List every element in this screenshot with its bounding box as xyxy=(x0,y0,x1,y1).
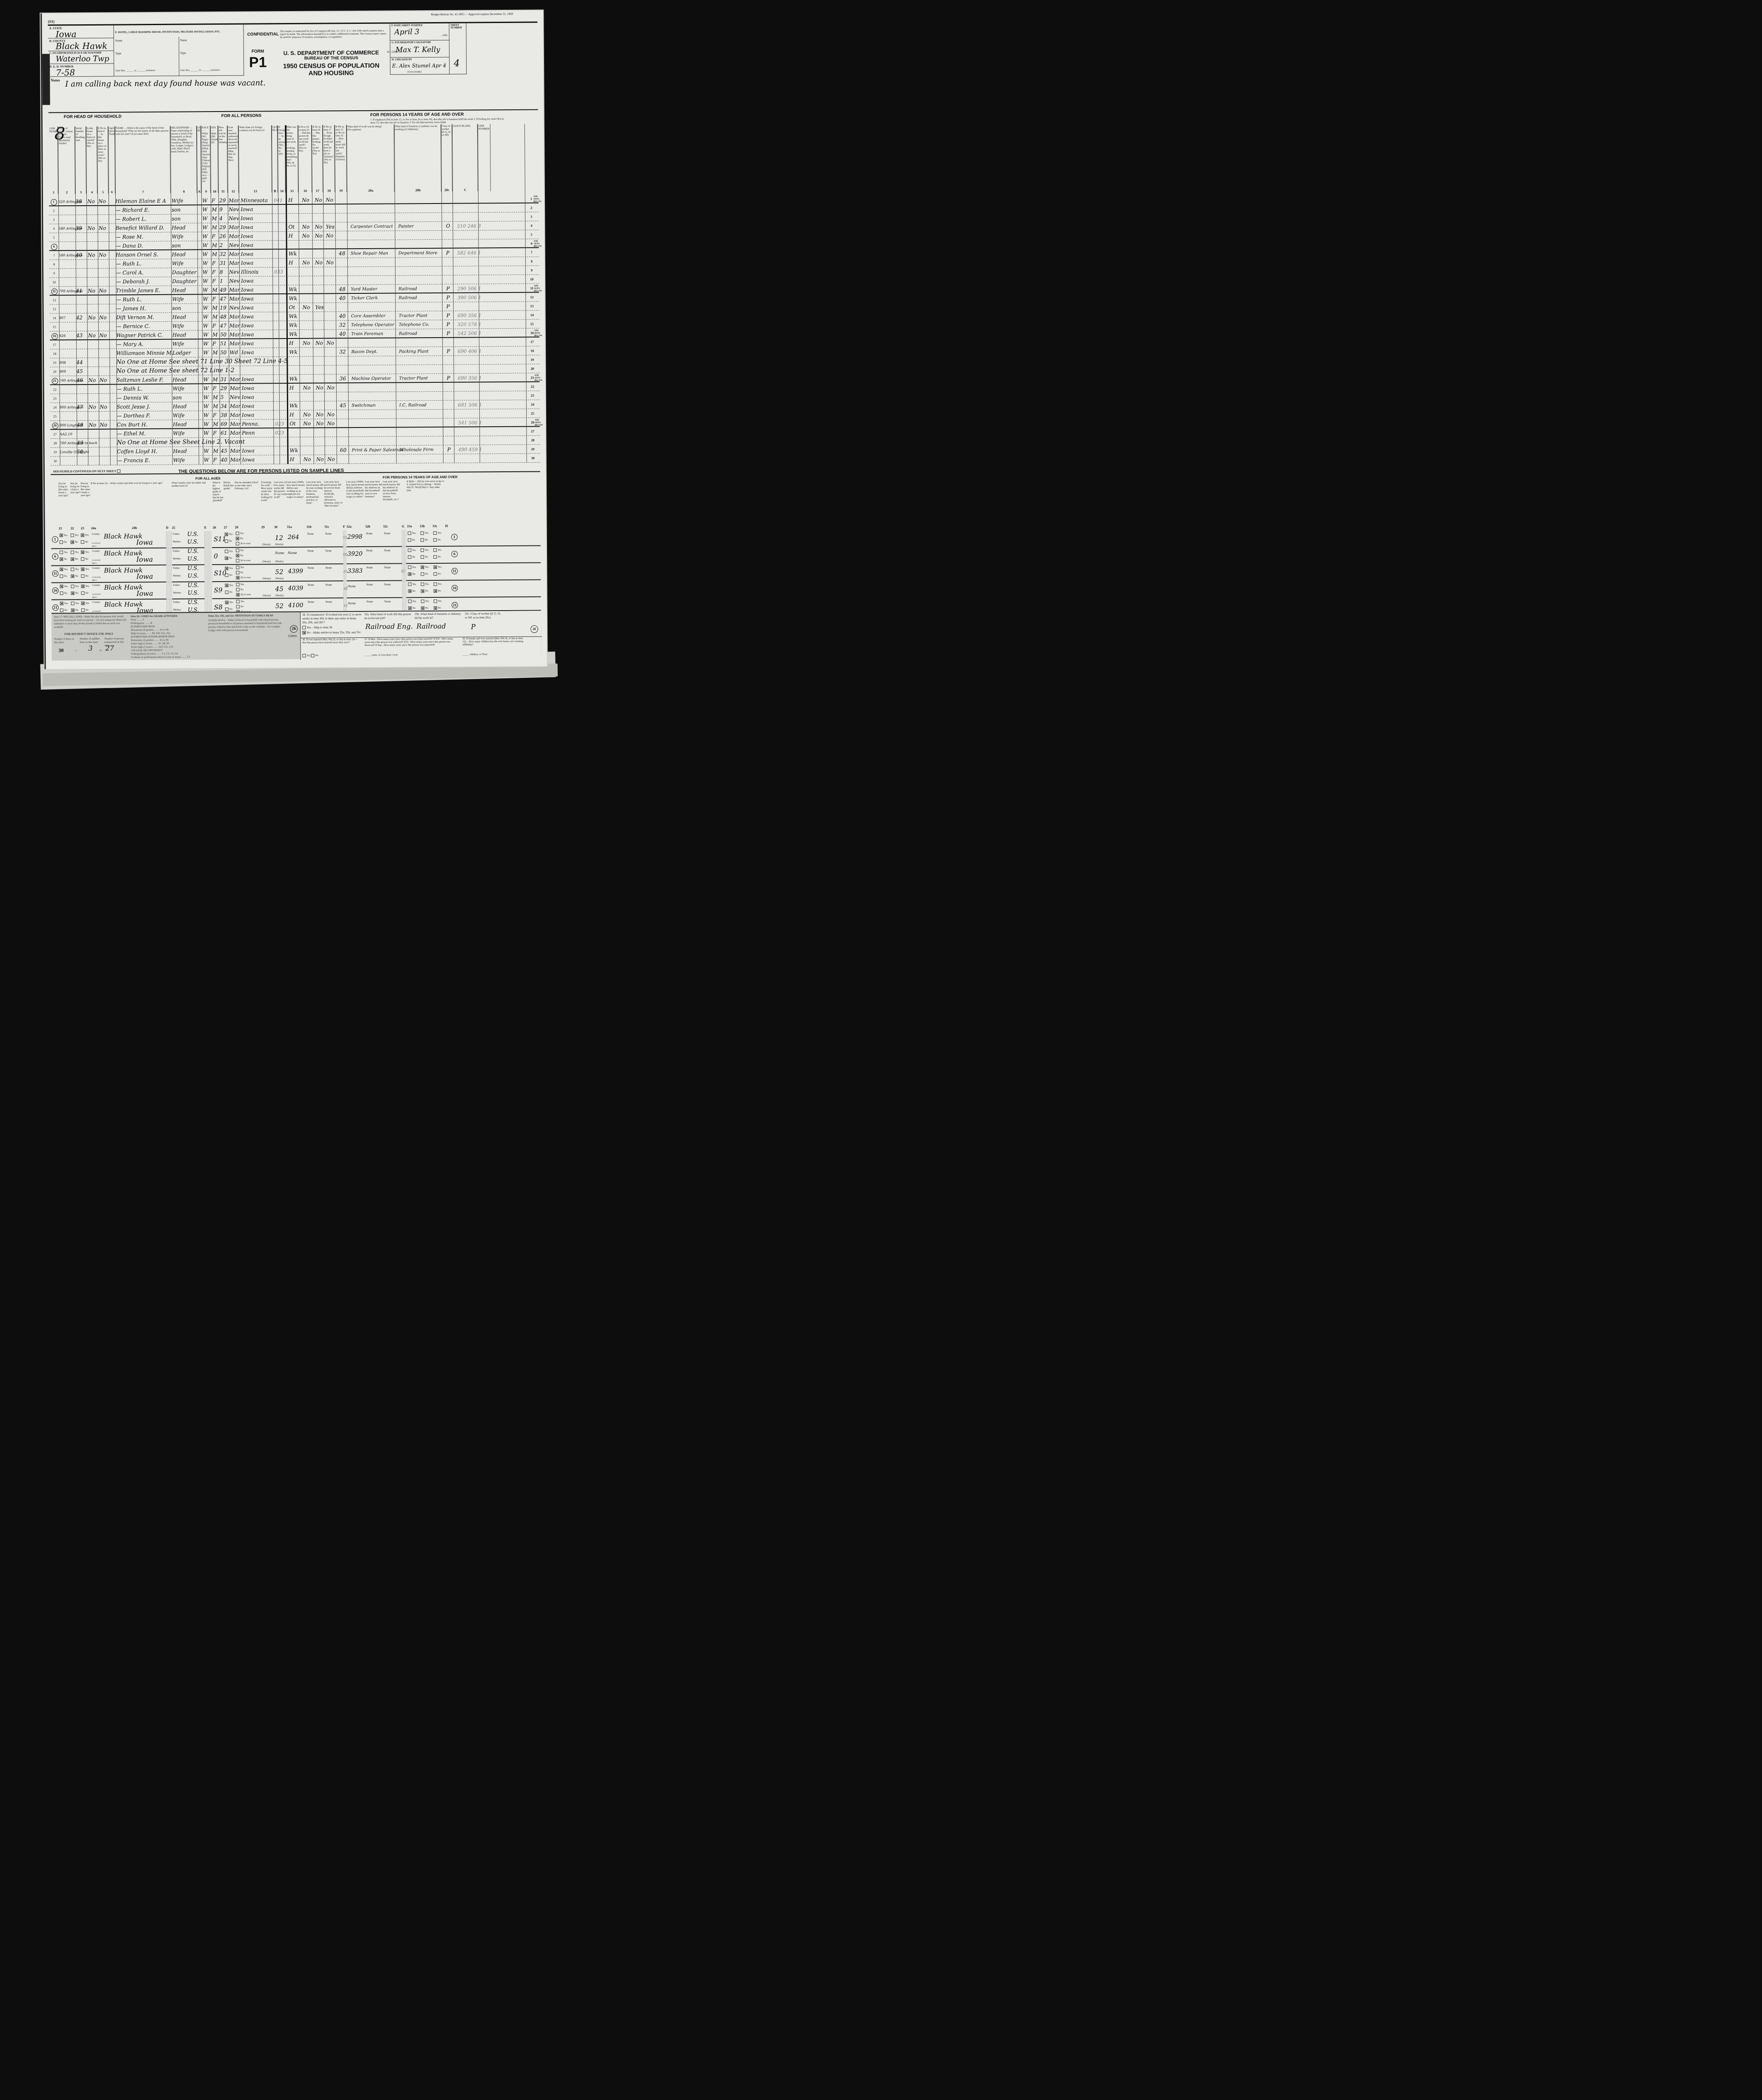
county-label: County: xyxy=(92,533,100,536)
finish-grade-no-checkbox[interactable]: No xyxy=(225,539,232,543)
father-birthplace: U.S. xyxy=(187,582,199,588)
cell-name: — Robert L. xyxy=(115,215,146,224)
school-attendance-checkbox[interactable]: 30 or over xyxy=(236,559,251,562)
column-number: 20a xyxy=(347,189,395,193)
ww1-yes-checkbox[interactable]: Yes xyxy=(421,582,429,586)
finish-grade-no-checkbox[interactable]: No xyxy=(225,574,232,577)
sample-header-c24: If No in item 23— What county and State … xyxy=(91,482,168,525)
relatives-other: None xyxy=(384,600,391,603)
ww2-no-checkbox[interactable]: ✕No xyxy=(408,606,415,610)
sample-header-c32b: Last year, how much money did his relati… xyxy=(365,481,383,523)
cell-serial: 45 xyxy=(76,367,83,376)
q36-no-checkbox[interactable] xyxy=(311,654,315,657)
relatives-business: None xyxy=(366,583,372,586)
cell-name: — Dana D. xyxy=(116,241,143,250)
ww1-yes-checkbox[interactable]: Yes xyxy=(421,600,429,603)
cell-rel: Lodger xyxy=(172,348,191,357)
sample-column-number: 26 xyxy=(213,526,216,529)
cell-race: W xyxy=(202,205,207,214)
county-label: County: xyxy=(92,567,100,570)
line-number: 28 xyxy=(50,439,60,448)
c22-no-checkbox[interactable]: ✕No xyxy=(71,557,78,561)
school-attendance-checkbox[interactable]: 30 or over xyxy=(236,542,251,545)
column-number: 9 xyxy=(201,189,211,193)
leave-blank-D xyxy=(166,548,172,565)
finish-grade-no-checkbox[interactable]: ✕No xyxy=(225,557,232,560)
c22-yes-checkbox[interactable]: Yes xyxy=(71,602,79,605)
c22-yes-checkbox[interactable]: Yes xyxy=(71,585,79,588)
cell-age: 26 xyxy=(219,232,226,241)
c23-yes-checkbox[interactable]: ✕Yes xyxy=(81,551,89,554)
section-all-persons: FOR ALL PERSONS xyxy=(221,113,262,118)
ww2-no-checkbox[interactable]: ✕No xyxy=(408,589,415,593)
cell-born: Iowa xyxy=(241,241,254,250)
finish-grade-no-checkbox[interactable]: No xyxy=(225,591,232,594)
cell-serial: 42 xyxy=(76,313,83,322)
cell-sex: M xyxy=(212,348,218,357)
leave-blank-D xyxy=(166,582,172,600)
cell-cls: P xyxy=(447,445,451,454)
q34-no-checkbox[interactable]: ✕ xyxy=(302,631,306,634)
mother-birthplace: U.S. xyxy=(188,590,199,596)
line-number: 22 xyxy=(50,385,60,394)
c23-no-checkbox[interactable]: No xyxy=(81,557,88,561)
other_svc-no-checkbox[interactable]: ✕No xyxy=(434,606,441,610)
c21-no-checkbox[interactable]: No xyxy=(60,540,67,544)
column-header-18: If No in item 17— Even though he didn't … xyxy=(323,125,335,192)
cell-sex: F xyxy=(213,456,217,465)
c23-no-checkbox[interactable]: No xyxy=(81,608,89,612)
line-number: 21 xyxy=(50,376,60,385)
state-field[interactable]: a. STATE Iowa xyxy=(48,26,114,39)
cell-race: W xyxy=(202,196,207,205)
cell-c15: Wk xyxy=(289,375,298,384)
c22-no-checkbox[interactable]: ✕No xyxy=(71,608,78,612)
cell-code: 690 356 1 xyxy=(458,373,481,382)
c23-no-checkbox[interactable]: No xyxy=(81,591,89,595)
sample-row[interactable]: 6Yes✕NoYes✕No✕YesNoCounty:or nearest pla… xyxy=(51,546,541,566)
c23-yes-checkbox[interactable]: ✕Yes xyxy=(81,568,89,571)
cell-c19: 48 xyxy=(339,285,345,294)
line-number-right: 30 xyxy=(527,453,539,462)
ww1-no-checkbox[interactable]: No xyxy=(421,572,428,576)
c22-no-checkbox[interactable]: ✕No xyxy=(71,574,78,578)
cell-sex: M xyxy=(212,286,217,295)
cell-occ: Telephone Operator xyxy=(351,321,395,330)
leave-blank-E xyxy=(204,582,212,599)
line-number-right: 12 xyxy=(525,293,538,301)
other_svc-yes-checkbox[interactable]: Yes xyxy=(433,548,441,552)
cell-c15: Ot xyxy=(289,303,295,312)
c23-yes-checkbox[interactable]: ✕Yes xyxy=(81,585,89,588)
ed-number-field[interactable]: d. E. D. NUMBER 7-58 xyxy=(48,64,114,77)
cell-sex: F xyxy=(212,295,215,304)
other_svc-no-checkbox[interactable]: No xyxy=(433,572,441,576)
checked-by-field[interactable]: h. CHECKED BY E. Alex Stumel Apr 4 (Crew… xyxy=(390,57,450,75)
c23-yes-checkbox[interactable]: ✕Yes xyxy=(81,534,89,537)
column-header-4: Is this house on a farm (or ranch)? (Yes… xyxy=(86,126,97,194)
cell-race: W xyxy=(203,259,208,268)
school-attendance-checkbox[interactable]: ✕30 or over xyxy=(236,593,251,597)
other_svc-yes-checkbox[interactable]: Yes xyxy=(433,582,441,586)
school-attendance-checkbox[interactable]: ✕No xyxy=(236,537,243,540)
cell-race: W xyxy=(203,268,208,277)
cell-addr: Linville On Right xyxy=(60,448,89,456)
other-income: None xyxy=(325,549,332,552)
ww1-no-checkbox[interactable]: No xyxy=(421,555,428,559)
father-birthplace: U.S. xyxy=(188,599,199,605)
grade-codes-list: None ........ 0Kindergarten ........ KEL… xyxy=(131,618,203,659)
cell-rel: Daughter xyxy=(172,268,197,277)
column-number: 11 xyxy=(218,189,228,193)
sample-row[interactable]: 16✕YesNoYes✕No✕YesNoCounty:or nearest pl… xyxy=(51,580,541,600)
line-number: 7 xyxy=(49,251,59,260)
nearest-place-label: or nearest place: xyxy=(92,542,104,548)
finish-grade-yes-checkbox[interactable]: ✕Yes xyxy=(225,567,233,570)
cell-c15: Wk xyxy=(289,402,298,410)
school-attendance-checkbox[interactable]: Yes xyxy=(236,532,244,535)
sample-line-number-right: 1 xyxy=(451,534,458,540)
sample-header-c29: If looking for work — How many weeks has… xyxy=(261,481,274,524)
sample-header-c28: Has he attended school at any time since… xyxy=(235,482,259,524)
sheet-footer: Item 17: SPECIAL CASES—Enter Yes also fo… xyxy=(52,610,541,660)
cell-rel: Wife xyxy=(173,411,185,420)
cell-name: Dift Vernon M. xyxy=(116,313,155,322)
line-number-right: 27 xyxy=(526,427,539,436)
leave-blank-E xyxy=(204,548,212,565)
cell-c19: 48 xyxy=(339,249,345,258)
place-field[interactable]: c. INCORPORATED PLACE OR TOWNSHIP Waterl… xyxy=(48,51,114,64)
sample-line-number: 16 xyxy=(52,587,59,594)
c21-yes-checkbox[interactable]: Yes xyxy=(60,551,68,554)
weeks-label: (Weeks) xyxy=(262,543,271,546)
ww1-no-checkbox[interactable]: ✕No xyxy=(421,589,428,593)
nearest-place-label: or nearest place: xyxy=(92,593,104,599)
c23-yes-checkbox[interactable]: ✕Yes xyxy=(81,602,89,605)
cell-acres: No xyxy=(100,421,107,430)
q34-yes-checkbox[interactable] xyxy=(302,626,306,629)
cell-born: Penn xyxy=(242,429,255,438)
sample-header-c25: What country were his father and mother … xyxy=(172,482,209,525)
cell-rel: Wife xyxy=(173,456,185,465)
cell-race: W xyxy=(204,447,209,456)
serial-code: (S1) xyxy=(48,19,54,23)
cell-c18: Yes xyxy=(326,222,334,231)
cell-race: W xyxy=(203,384,209,393)
form-title-block: U. S. DEPARTMENT OF COMMERCE BUREAU OF T… xyxy=(276,49,387,77)
c21-no-checkbox[interactable]: ✕No xyxy=(60,557,67,561)
cell-occ: Yard Master xyxy=(351,285,377,294)
cell-mar: Mar xyxy=(229,330,240,339)
ww2-yes-checkbox[interactable]: Yes xyxy=(408,600,416,603)
cell-c15: H xyxy=(288,232,293,241)
line-number: 15 xyxy=(50,322,59,331)
sheet-number-field[interactable]: SHEET NUMBER 4 xyxy=(449,23,467,75)
cell-race: W xyxy=(203,402,209,411)
cell-age: 40 xyxy=(221,456,227,465)
sample-line-number-right: 6 xyxy=(451,551,458,557)
school-attendance-checkbox[interactable]: Yes xyxy=(236,583,244,586)
finish-grade-yes-checkbox[interactable]: ✕Yes xyxy=(225,584,233,587)
c22-yes-checkbox[interactable]: Yes xyxy=(71,568,79,571)
cell-mar: Mar xyxy=(229,321,240,330)
sample-column-number: 27 xyxy=(224,526,227,529)
column-number: 20b xyxy=(395,188,441,192)
cell-c17: No xyxy=(315,339,323,348)
cell-c16: No xyxy=(303,339,310,348)
c21-yes-checkbox[interactable]: ✕Yes xyxy=(60,568,68,571)
cell-rel: Wife xyxy=(172,322,184,331)
cell-sex: M xyxy=(213,375,218,384)
cell-code: 681 506 1 xyxy=(458,400,482,409)
column-header-14: If foreign born— Is he naturalized? (Yes… xyxy=(278,125,286,192)
cell-sex: F xyxy=(212,232,215,241)
cell-mar: Nev xyxy=(229,277,240,286)
code-F: 43 xyxy=(343,569,347,574)
column-header-15: What was this person doing most of last … xyxy=(285,125,298,192)
cell-code: 390 506 1 xyxy=(457,293,481,302)
c23-no-checkbox[interactable]: No xyxy=(81,540,88,544)
date-started-field[interactable]: f. DATE SHEET STARTED April 3 , 1950 xyxy=(390,23,449,41)
cell-age: 51 xyxy=(220,339,226,348)
cell-age: 49 xyxy=(220,286,226,295)
cell-age: 34 xyxy=(221,402,227,411)
finish-grade-yes-checkbox[interactable]: ✕Yes xyxy=(225,533,233,536)
cell-name: — Mary A. xyxy=(116,340,143,349)
school-attendance-checkbox[interactable]: Yes xyxy=(236,566,244,569)
c21-no-checkbox[interactable]: No xyxy=(60,591,67,595)
cell-name: — Ruth L. xyxy=(116,259,142,268)
finish-grade-yes-checkbox[interactable]: ✕Yes xyxy=(225,601,233,604)
weeks-worked: None xyxy=(275,551,284,555)
county-field[interactable]: b. COUNTY Black Hawk xyxy=(48,38,114,52)
cell-code: 290 506 1 xyxy=(457,284,481,293)
leave-blank-E xyxy=(204,531,212,548)
ww2-no-checkbox[interactable]: No xyxy=(408,538,415,542)
cell-code: 690 356 1 xyxy=(458,311,481,320)
c21-yes-checkbox[interactable]: ✕Yes xyxy=(60,534,68,537)
cell-addr: 826 xyxy=(59,331,66,340)
father-label: Father: xyxy=(173,601,180,604)
c23-no-checkbox[interactable]: No xyxy=(81,574,88,578)
other_svc-yes-checkbox[interactable]: Yes xyxy=(434,600,442,603)
cell-age: 50 xyxy=(220,348,226,357)
c22-yes-checkbox[interactable]: Yes xyxy=(71,534,79,537)
ask-questions-below-label: ASK QUES. BELOW xyxy=(534,240,539,248)
cell-mar: Nev xyxy=(229,241,240,250)
q36-yes-checkbox[interactable] xyxy=(303,654,306,657)
column-header-C: LEAVE BLANK xyxy=(452,124,478,191)
other_svc-no-checkbox[interactable]: No xyxy=(433,538,441,542)
sample-column-number: 23 xyxy=(81,527,84,530)
cell-sex: M xyxy=(213,393,218,402)
cell-rel: Daughter xyxy=(172,277,197,286)
column-number: 1 xyxy=(49,190,58,194)
cell-name: — Bernice C. xyxy=(116,322,150,331)
column-number: 16 xyxy=(298,189,312,193)
line-number: 14 xyxy=(50,313,59,322)
school-attendance-checkbox[interactable]: Yes xyxy=(236,600,244,603)
sample-header-c22: Was he living on a farm a year ago? xyxy=(70,482,81,525)
finish-grade-yes-checkbox[interactable]: Yes xyxy=(225,550,233,553)
q35b-value: Railroad xyxy=(416,624,446,628)
sample-header-c30: Last year, in how many weeks did this pe… xyxy=(274,481,287,524)
cell-ind: Department Store xyxy=(398,249,438,258)
cell-race: W xyxy=(203,330,208,339)
column-header-20c: Class of worker (P, G, O, or NP) xyxy=(441,124,453,192)
school-attendance-checkbox[interactable]: No xyxy=(236,571,243,574)
cell-age: 29 xyxy=(219,196,226,205)
household-continued-checkbox[interactable] xyxy=(117,470,120,473)
cell-serial: 49 xyxy=(77,439,83,448)
unfilled-count: 3 xyxy=(88,647,92,650)
ww1-no-checkbox[interactable]: ✕No xyxy=(421,606,428,610)
line-number-right: 25 xyxy=(526,409,539,418)
cell-sex: M xyxy=(212,214,217,223)
ww2-yes-checkbox[interactable]: Yes xyxy=(408,531,416,535)
mother-label: Mother: xyxy=(173,558,181,561)
c22-no-checkbox[interactable]: ✕No xyxy=(71,540,78,544)
c21-no-checkbox[interactable]: No xyxy=(60,608,67,612)
ask-questions-below-label: ASK QUES. BELOW xyxy=(535,419,540,427)
c21-no-checkbox[interactable]: No xyxy=(60,574,67,578)
cell-rel: son xyxy=(173,393,182,402)
sample-header-c26: What is the highest grade of school that… xyxy=(212,482,224,524)
date-started-value: April 3 xyxy=(395,28,420,36)
other_svc-no-checkbox[interactable]: No xyxy=(433,555,441,559)
sample-row[interactable]: 1✕YesNoYes✕No✕YesNoCounty:or nearest pla… xyxy=(51,529,541,549)
cell-born: Iowa xyxy=(241,286,254,295)
cell-born: Iowa xyxy=(241,348,254,357)
cell-c16: No xyxy=(303,419,311,428)
ww2-no-checkbox[interactable]: No xyxy=(408,555,415,559)
weeks-label: (Weeks) xyxy=(275,560,284,563)
sample-row[interactable]: 11✕YesNoYes✕No✕YesNoCounty:or nearest pl… xyxy=(51,563,541,583)
other-income: None xyxy=(325,566,332,569)
cell-ind: I.C. Railroad xyxy=(399,401,427,410)
line-number-right: 29 xyxy=(527,445,539,453)
cell-serial: 43 xyxy=(76,331,83,340)
cell-rel: Wife xyxy=(173,429,185,438)
school-attendance-checkbox[interactable]: ✕No xyxy=(236,554,243,557)
cell-acres: No xyxy=(99,287,106,295)
cell-born: Iowa xyxy=(241,223,253,232)
cell-acres: No xyxy=(98,197,106,206)
cell-sex: F xyxy=(212,339,216,348)
line-number: 20 xyxy=(50,367,59,376)
cell-mar: Mar xyxy=(230,447,241,456)
cell-race: W xyxy=(203,375,209,384)
cell-name: No One at Home See Sheet Line 2. Vacant xyxy=(117,438,245,448)
school-attendance-checkbox[interactable]: ✕30 or over xyxy=(236,576,251,580)
cell-name: — Dennis W. xyxy=(117,393,149,402)
cell-mar: Mar xyxy=(229,250,240,259)
column-number: 6 xyxy=(109,190,115,194)
grade-value: S10 xyxy=(214,569,226,577)
ww2-yes-checkbox[interactable]: Yes xyxy=(408,582,416,586)
cell-cls: P xyxy=(446,302,450,311)
c21-yes-checkbox[interactable]: ✕Yes xyxy=(60,602,68,605)
form-number: P1 xyxy=(249,54,267,71)
cell-mar: Mar xyxy=(229,295,240,304)
ww1-yes-checkbox[interactable]: Yes xyxy=(421,548,429,552)
father-label: Father: xyxy=(173,550,180,553)
weeks-label: (Weeks) xyxy=(262,560,271,563)
cell-mar: Nev xyxy=(229,268,240,277)
cell-sex: M xyxy=(212,330,218,339)
sample-column-number: 24b xyxy=(132,526,137,529)
questions-34-38: 34. To enumerator: If worked last year (… xyxy=(300,611,541,660)
cell-rel: Wife xyxy=(172,232,183,241)
cell-farm: No xyxy=(88,251,95,260)
finish-grade-no-checkbox[interactable]: No xyxy=(225,608,232,611)
cell-born: Iowa xyxy=(242,411,255,420)
cell-sex: M xyxy=(212,241,217,250)
cell-c15: Ot xyxy=(289,419,296,428)
ww1-yes-checkbox[interactable]: ✕Yes xyxy=(421,565,429,569)
cell-occ: Ticker Clerk xyxy=(351,294,378,303)
line-number: 11 xyxy=(49,287,59,295)
ww2-yes-checkbox[interactable]: Yes xyxy=(408,565,416,569)
cell-age: 32 xyxy=(220,250,226,259)
enumerator-signature-field[interactable]: g. ENUMERATOR'S SIGNATURE Max T. Kelly xyxy=(390,40,450,58)
line-number: 19 xyxy=(50,358,59,367)
mother-label: Mother: xyxy=(173,575,181,578)
c22-no-checkbox[interactable]: ✕No xyxy=(71,591,78,595)
cell-mar: Mar xyxy=(229,339,240,348)
own-business-income: None xyxy=(307,532,314,536)
cell-farm: No xyxy=(87,224,95,233)
ww1-no-checkbox[interactable]: No xyxy=(421,538,428,542)
line-number-right: 8 xyxy=(525,257,538,266)
relatives-business: None xyxy=(366,549,372,552)
line-number-right: 5 xyxy=(525,230,538,239)
school-attendance-checkbox[interactable]: No xyxy=(236,588,244,591)
cell-born: Iowa xyxy=(241,304,254,313)
enumerator-signature: Max T. Kelly xyxy=(395,46,440,55)
cell-mar: Nev xyxy=(230,393,241,402)
ww2-yes-checkbox[interactable]: Yes xyxy=(408,548,416,552)
cell-mar: Mar xyxy=(230,411,241,420)
other_svc-yes-checkbox[interactable]: ✕Yes xyxy=(433,565,441,569)
ww1-yes-checkbox[interactable]: Yes xyxy=(421,531,429,535)
other_svc-yes-checkbox[interactable]: Yes xyxy=(433,531,441,535)
sample-column-number: E xyxy=(204,526,206,529)
c22-yes-checkbox[interactable]: Yes xyxy=(71,551,79,554)
c21-yes-checkbox[interactable]: ✕Yes xyxy=(60,585,68,588)
notes-field[interactable]: Notes I am calling back next day found h… xyxy=(48,74,538,103)
cell-mar: Wd xyxy=(229,348,238,357)
cell-born: Iowa xyxy=(241,232,253,241)
cell-farm: No xyxy=(88,313,96,322)
cell-rel: Wife xyxy=(173,384,185,393)
column-number: 15 xyxy=(286,189,298,193)
ww2-no-checkbox[interactable]: ✕No xyxy=(408,572,415,576)
school-attendance-checkbox[interactable]: No xyxy=(236,605,244,608)
cell-ind: Tractor Plant xyxy=(399,374,427,383)
cell-cls: P xyxy=(446,284,450,293)
cell-mar: Mar xyxy=(229,223,239,232)
cell-ind: Railroad xyxy=(399,329,417,338)
school-attendance-checkbox[interactable]: Yes xyxy=(236,549,244,552)
sample-column-number: 33c xyxy=(433,525,438,528)
cell-born: Iowa xyxy=(242,384,255,393)
other_svc-no-checkbox[interactable]: ✕No xyxy=(434,589,441,593)
census-sheet: Budget Bureau No. 41-4911.—Approval expi… xyxy=(40,10,547,669)
cell-farm: No xyxy=(88,331,96,340)
cell-cls: P xyxy=(447,347,450,356)
cell-mar: Mar xyxy=(229,259,240,268)
